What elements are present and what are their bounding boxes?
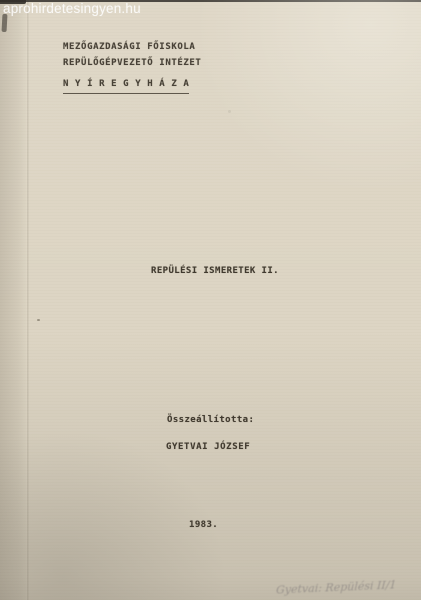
document-title: REPÜLÉSI ISMERETEK II. [151, 266, 279, 276]
author-name: GYETVAI JÓZSEF [166, 442, 250, 452]
paper-fold-line [27, 0, 29, 600]
institute-name: REPÜLŐGÉPVEZETŐ INTÉZET [63, 55, 201, 71]
scanned-cover-page: aprohirdetesingyen.hu MEZŐGAZDASÁGI FŐIS… [0, 0, 421, 600]
watermark-text: aprohirdetesingyen.hu [3, 1, 141, 16]
paper-speck [37, 319, 40, 321]
institution-name: MEZŐGAZDASÁGI FŐISKOLA [63, 39, 201, 55]
compiled-by-label: Összeállította: [167, 415, 254, 425]
ink-smudge [2, 14, 8, 32]
publication-year: 1983. [189, 520, 218, 530]
paper-speck [228, 110, 231, 113]
institution-header: MEZŐGAZDASÁGI FŐISKOLA REPÜLŐGÉPVEZETŐ I… [63, 39, 201, 94]
institution-city-underlined: N Y Í R E G Y H Á Z A [63, 76, 189, 94]
page-binding-edge [0, 0, 26, 600]
handwritten-note: Gyetvai: Repülési II/1 [276, 578, 397, 596]
